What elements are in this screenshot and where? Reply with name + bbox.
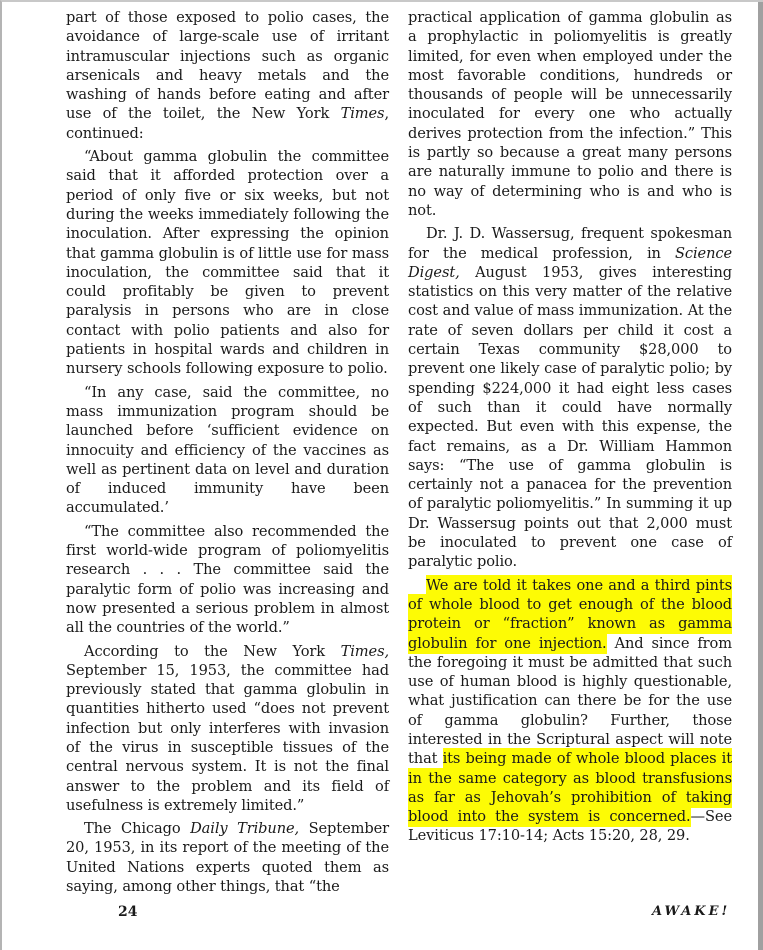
text: August 1953, gives interesting statistic… [408, 264, 732, 570]
paragraph: part of those exposed to polio cases, th… [66, 8, 389, 143]
text: September 15, 1953, the committee had pr… [66, 662, 389, 814]
left-column: part of those exposed to polio cases, th… [66, 8, 389, 900]
publication-title: Daily Tribune, [190, 820, 299, 837]
page-edge-shadow [758, 2, 763, 950]
paragraph: We are told it takes one and a third pin… [408, 576, 732, 846]
paragraph: “About gamma globulin the committee said… [66, 147, 389, 379]
text: The Chicago [84, 820, 190, 837]
paragraph: The Chicago Daily Tribune, September 20,… [66, 819, 389, 896]
running-title: AWAKE! [652, 904, 730, 919]
paragraph: “In any case, said the committee, no mas… [66, 383, 389, 518]
page-number: 24 [118, 904, 137, 920]
paragraph: “The committee also recommended the firs… [66, 522, 389, 638]
paragraph: Dr. J. D. Wassersug, frequent spokesman … [408, 224, 732, 571]
paragraph: According to the New York Times, Septemb… [66, 642, 389, 816]
highlighted-text: its being made of whole blood places it … [408, 748, 732, 827]
right-column: practical application of gamma globulin … [408, 8, 732, 850]
publication-title: Times [341, 105, 385, 122]
paragraph: practical application of gamma globulin … [408, 8, 732, 220]
publication-title: Times, [341, 643, 389, 660]
text: According to the New York [84, 643, 341, 660]
